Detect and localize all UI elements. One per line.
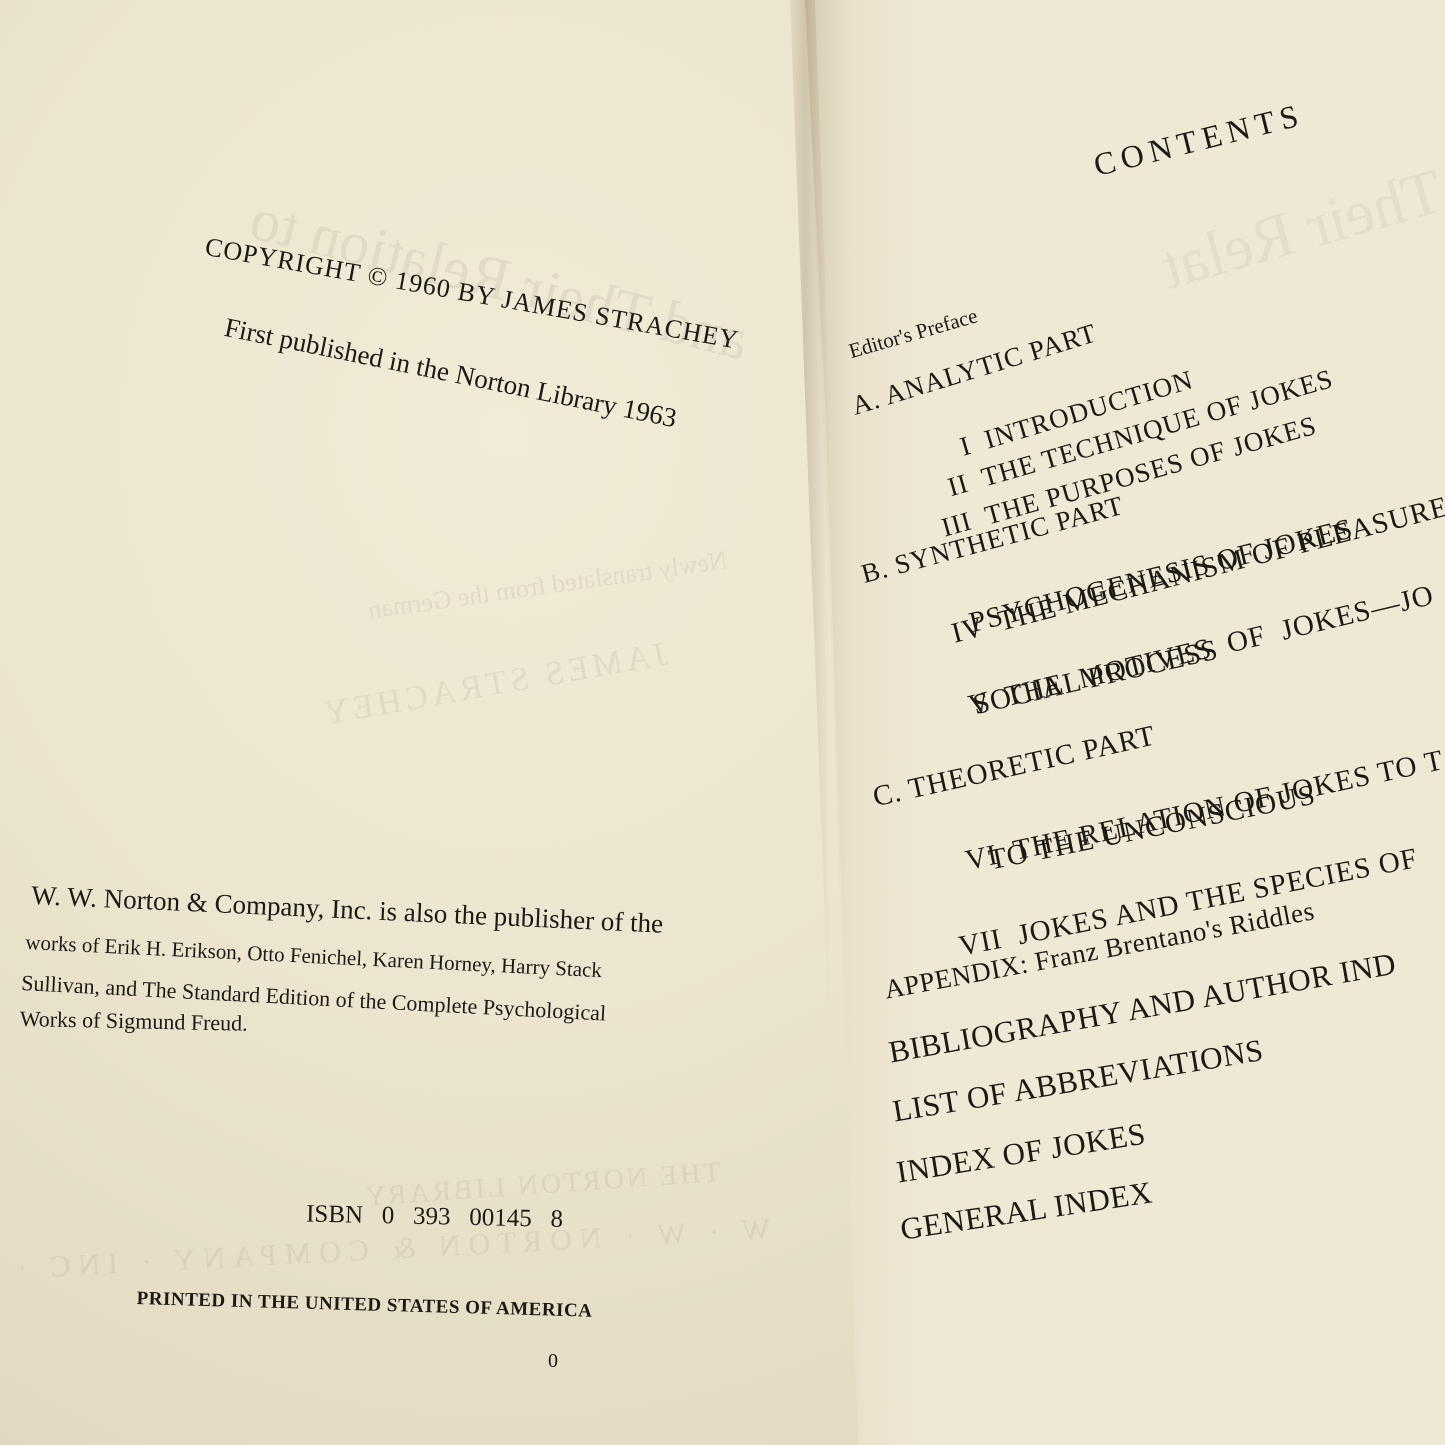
publisher-note-text-4: Works of Sigmund Freud. bbox=[19, 1006, 247, 1036]
isbn-line: ISBN 0 393 00145 8 bbox=[280, 1172, 564, 1262]
publisher-note-line-4: Works of Sigmund Freud. bbox=[19, 1006, 248, 1037]
isbn-text: ISBN 0 393 00145 8 bbox=[306, 1201, 563, 1233]
page-mark-text: 0 bbox=[548, 1350, 558, 1372]
page-mark: 0 bbox=[548, 1350, 558, 1373]
open-book-photo: and Their Relation to Newly translated f… bbox=[0, 0, 1445, 1445]
